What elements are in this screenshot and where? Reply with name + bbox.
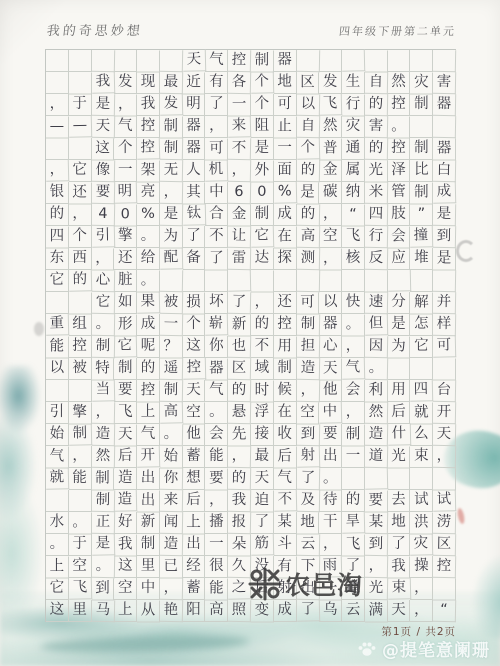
grid-cell: — [69, 115, 92, 138]
grid-cell: 灾 [410, 533, 433, 556]
grid-cell [410, 116, 433, 138]
grid-cell: ， [342, 336, 365, 358]
grid-cell: ， [205, 116, 228, 138]
grid-cell: 最 [251, 446, 274, 468]
grid-cell: 控 [69, 336, 92, 358]
grid-cell [410, 468, 433, 490]
grid-cell: 擎 [114, 226, 137, 248]
grid-cell: 核 [342, 248, 365, 270]
grid-cell: 心 [91, 270, 114, 292]
grid-cell: 上 [114, 600, 137, 622]
grid-cell: 用 [388, 380, 411, 402]
grid-cell: 达 [251, 248, 274, 270]
grid-cell: 其 [183, 183, 206, 205]
grid-cell: 控 [433, 556, 456, 578]
grid-cell: 。 [46, 534, 69, 556]
grid-cell: 接 [251, 424, 274, 446]
grid-cell: 开 [433, 402, 456, 424]
grid-cell: 造 [296, 358, 319, 380]
grid-cell: 要 [114, 380, 137, 402]
grid-cell: 试 [410, 490, 433, 512]
grid-cell: 可 [274, 94, 297, 116]
grid-cell: ， [69, 204, 92, 226]
grid-cell [228, 269, 251, 292]
grid-cell: 像 [91, 160, 114, 182]
watercolor-bottom-stroke [40, 633, 250, 654]
grid-cell: 会 [342, 380, 365, 402]
grid-cell: 以 [296, 94, 319, 116]
grid-cell: 他 [183, 424, 206, 446]
grid-cell: 。 [205, 402, 228, 424]
grid-cell [388, 468, 411, 490]
grid-game-logo-icon [248, 567, 282, 601]
grid-cell: 来 [160, 490, 183, 512]
grid-cell: 当 [91, 379, 114, 402]
grid-cell: 高 [160, 401, 183, 424]
grid-cell: 。 [91, 556, 114, 578]
grid-cell: 道 [365, 446, 388, 468]
grid-cell: 人 [183, 160, 206, 182]
grid-cell: 面 [274, 160, 297, 182]
grid-cell: 什 [387, 423, 410, 446]
grid-cell: 艳 [160, 600, 183, 622]
grid-cell: 脏 [114, 270, 137, 292]
grid-cell: 我 [114, 535, 137, 557]
grid-cell: 阳 [183, 600, 206, 622]
grid-cell: 好 [114, 512, 137, 534]
grid-cell: 成 [274, 600, 297, 622]
grid-cell: 区 [228, 358, 251, 380]
grid-cell: 飞 [114, 402, 137, 424]
grid-cell [69, 138, 92, 160]
grid-cell [365, 467, 388, 490]
grid-cell: 飞 [69, 577, 92, 600]
grid-cell: 旱 [342, 511, 365, 534]
grid-cell: 就 [410, 403, 433, 425]
grid-cell: 是 [433, 204, 456, 226]
grid-cell: 气 [205, 50, 228, 72]
grid-cell: 了 [205, 249, 228, 271]
grid-cell: 射 [296, 445, 319, 468]
grid-cell: 解 [410, 293, 433, 315]
grid-cell: 天 [183, 380, 206, 402]
grid-cell: 它 [46, 270, 69, 292]
grid-cell: 不 [251, 336, 274, 358]
grid-cell: 是 [433, 249, 456, 271]
grid-cell: 。 [365, 358, 388, 380]
grid-cell: 配 [160, 247, 183, 270]
grid-cell: 开 [137, 445, 160, 468]
grid-cell: 始 [46, 424, 69, 446]
grid-cell [319, 50, 342, 72]
grid-cell [388, 358, 411, 380]
grid-cell: 飞 [342, 535, 365, 557]
grid-cell: 报 [228, 512, 251, 534]
grid-cell: 制 [91, 490, 114, 512]
grid-cell: 。 [160, 424, 183, 446]
grid-cell: 器 [205, 359, 228, 381]
grid-cell: “ [342, 205, 365, 227]
grid-cell: 空 [297, 403, 320, 425]
grid-cell: 操 [410, 556, 433, 578]
grid-cell: 组 [69, 314, 92, 336]
grid-cell: 不 [205, 226, 228, 248]
grid-cell: 碳 [319, 182, 342, 204]
grid-cell [410, 270, 433, 292]
grid-cell: 一 [342, 446, 365, 468]
grid-cell: 上 [46, 557, 69, 579]
grid-cell: 天 [388, 600, 411, 622]
grid-cell: 你 [205, 336, 228, 358]
grid-cell: ， [251, 292, 274, 314]
grid-cell [114, 50, 137, 72]
grid-cell: ， [319, 204, 342, 226]
grid-cell: ？ [160, 337, 183, 359]
grid-cell: 光 [365, 578, 388, 600]
grid-cell: 0 [114, 205, 137, 227]
grid-cell [433, 116, 456, 138]
notebook-title: 我的奇思妙想 [46, 20, 144, 39]
watercolor-right-corner [456, 548, 500, 638]
grid-cell: 。 [137, 271, 160, 293]
grid-cell [183, 270, 206, 292]
grid-cell: 束 [387, 577, 410, 600]
grid-cell: 坏 [205, 292, 228, 314]
grid-cell: 会 [388, 227, 411, 249]
grid-cell: 制 [410, 138, 433, 160]
grid-cell: 出 [137, 491, 160, 513]
grid-cell: 探 [274, 248, 297, 270]
grid-cell: 生 [342, 72, 365, 94]
grid-cell: 的 [251, 314, 274, 336]
grid-cell: 里 [137, 556, 160, 578]
grid-cell: 个 [251, 94, 274, 116]
grid-cell: ， [410, 578, 433, 600]
grid-cell: 制 [91, 336, 114, 358]
grid-cell: 纳 [342, 182, 365, 204]
grid-cell: 里 [69, 600, 92, 622]
grid-cell: 气 [205, 380, 228, 402]
grid-cell: 无 [160, 160, 183, 182]
grid-cell: ， [319, 249, 342, 271]
grid-cell: 制 [410, 94, 433, 116]
grid-cell: 它 [410, 336, 433, 358]
red-paint-mark [456, 508, 465, 525]
grid-cell: 干 [319, 512, 342, 534]
grid-cell: 很 [205, 556, 228, 578]
grid-cell: 水 [46, 512, 69, 534]
grid-cell [46, 292, 69, 314]
grid-cell [433, 270, 456, 292]
grid-cell: 涝 [433, 512, 456, 534]
grid-cell: 及 [296, 490, 319, 512]
grid-cell: 播 [205, 512, 228, 534]
grid-cell: ， [410, 600, 433, 622]
grid-cell: 它 [69, 160, 92, 182]
grid-cell: 也 [228, 336, 251, 358]
grid-cell: 天 [319, 359, 342, 381]
grid-cell: 近 [183, 73, 206, 95]
grid-cell: 气 [46, 447, 69, 469]
grid-cell: 担 [296, 336, 319, 358]
grid-cell: 。 [388, 117, 411, 139]
grid-cell [410, 358, 433, 380]
grid-cell: 崭 [205, 313, 228, 336]
grid-cell: 要 [205, 469, 228, 491]
grid-cell: 区 [433, 534, 456, 556]
grid-cell: 时 [251, 381, 274, 403]
grid-cell: 域 [251, 358, 274, 380]
grid-cell: 器 [183, 116, 206, 138]
grid-cell: 上 [137, 402, 160, 424]
grid-cell [46, 490, 69, 512]
grid-cell: 制 [160, 117, 183, 139]
grid-cell: 肢 [388, 204, 411, 226]
grid-cell: 害 [365, 116, 388, 138]
grid-cell: 飞 [319, 93, 342, 116]
grid-cell: 能 [205, 579, 228, 601]
grid-cell: 。 [319, 469, 342, 491]
grid-cell [69, 293, 92, 315]
grid-cell: 能 [46, 337, 69, 359]
grid-cell: 地 [297, 513, 320, 535]
grid-cell: 特 [92, 359, 115, 381]
grid-cell: 引 [46, 402, 69, 424]
grid-cell: 然 [91, 446, 114, 468]
grid-cell: % [274, 181, 297, 204]
grid-cell [69, 380, 92, 402]
grid-cell: 堆 [410, 248, 433, 270]
grid-cell: 出 [183, 534, 206, 556]
grid-cell: 天 [114, 425, 137, 447]
grid-cell: 器 [319, 314, 342, 336]
grid-cell: ， [228, 446, 251, 468]
grid-cell: 是 [160, 204, 183, 226]
grid-cell: 满 [365, 601, 388, 623]
grid-cell: 待 [319, 490, 342, 512]
composition-paper-page: 我的奇思妙想 四年级下册第二单元 天气控制器我发现最近有各个地区发生自然灾害，于… [0, 0, 500, 666]
grid-cell: 地 [388, 512, 411, 534]
grid-cell: 的 [296, 204, 319, 226]
grid-cell: 泽 [388, 160, 411, 182]
grid-cell: ， [69, 446, 92, 468]
grid-cell: 0 [251, 182, 274, 204]
grid-cell: 飞 [342, 226, 365, 248]
grid-cell: 这 [183, 336, 206, 358]
grid-cell: 控 [228, 50, 251, 72]
grid-cell: 悬 [228, 402, 251, 424]
grid-cell: 了 [296, 468, 319, 490]
grid-cell: 擎 [69, 403, 92, 425]
grid-cell: 普 [319, 139, 342, 161]
grid-cell: 个 [69, 226, 92, 248]
grid-cell: 我 [137, 94, 160, 116]
grid-cell: 控 [137, 381, 160, 403]
grid-cell: 制 [342, 425, 365, 447]
grid-cell: ， [365, 556, 388, 578]
grid-cell: 于 [69, 94, 92, 116]
grid-cell: 钛 [182, 203, 205, 226]
grid-cell: 从 [137, 601, 160, 623]
grid-cell [160, 270, 183, 292]
grid-cell: ” [410, 204, 433, 226]
grid-cell: 测 [296, 248, 319, 270]
grid-cell: 造 [114, 489, 137, 512]
grid-cell: 应 [388, 248, 411, 270]
grid-cell: ， [228, 160, 251, 182]
grid-cell: 米 [365, 182, 388, 204]
grid-cell: 快 [342, 292, 365, 314]
grid-cell: 成 [433, 181, 456, 204]
grid-cell: 它 [91, 292, 114, 314]
grid-cell: 控 [137, 116, 160, 138]
grid-cell [91, 50, 114, 72]
grid-cell: 银 [46, 182, 69, 204]
grid-cell: 器 [274, 50, 297, 72]
grid-cell: 斗 [274, 534, 297, 556]
grid-cell [46, 380, 69, 402]
grid-cell [433, 469, 456, 491]
grid-cell: 地 [274, 72, 297, 94]
grid-cell: 一 [274, 138, 297, 160]
grid-cell: 用 [274, 337, 297, 359]
grid-cell [69, 50, 92, 72]
grid-cell: 。 [137, 226, 160, 248]
grid-cell: 反 [365, 248, 388, 270]
grid-cell: 于 [69, 534, 92, 556]
grid-cell: 的 [228, 468, 251, 490]
grid-cell: 制 [137, 534, 160, 556]
grid-cell: 这 [114, 556, 137, 578]
grid-cell: 4 [91, 204, 114, 226]
grid-cell: ， [91, 402, 114, 424]
grid-cell: 让 [228, 226, 251, 248]
grid-cell: 管 [388, 182, 411, 204]
grid-cell: 我 [388, 557, 411, 579]
grid-cell: 白 [433, 160, 456, 182]
brand-watermark-text: 农邑淘 [285, 566, 363, 602]
grid-cell: 洪 [410, 513, 433, 535]
grid-cell: 某 [274, 512, 297, 534]
grid-cell: 控 [388, 94, 411, 116]
grid-cell: 还 [69, 183, 92, 205]
grid-cell: 始 [160, 447, 183, 469]
grid-cell: 某 [365, 512, 388, 534]
grid-cell: 成 [137, 314, 160, 336]
grid-cell: 怎 [410, 314, 433, 336]
grid-cell: 合 [205, 204, 228, 226]
grid-cell: 外 [251, 161, 274, 183]
grid-cell: 并 [433, 292, 456, 314]
grid-cell: 行 [342, 95, 365, 117]
grid-cell: 制 [296, 314, 319, 336]
grid-cell: 可 [205, 139, 228, 161]
grid-cell: ， [296, 380, 319, 402]
unit-label: 四年级下册第二单元 [338, 23, 457, 39]
grid-cell: 马 [91, 600, 114, 622]
grid-cell: 器 [433, 139, 456, 161]
grid-cell: 它 [46, 578, 69, 600]
grid-cell [251, 271, 274, 293]
grid-cell: 气 [342, 357, 365, 380]
grid-cell: 因 [365, 336, 388, 358]
grid-cell: 然 [365, 402, 388, 424]
grid-cell: 为 [388, 337, 411, 359]
grid-cell: 一 [160, 314, 183, 336]
grid-cell: 区 [297, 73, 320, 95]
grid-cell: 高 [296, 226, 319, 248]
grid-cell: 就 [46, 467, 69, 490]
grid-cell: 控 [137, 137, 160, 160]
grid-cell: 制 [410, 183, 433, 205]
grid-cell: 西 [69, 248, 92, 270]
grid-cell: 形 [114, 315, 137, 337]
grid-cell: 通 [342, 138, 365, 160]
grid-cell: 机 [205, 159, 228, 182]
grid-cell: 了 [251, 512, 274, 534]
grid-cell: 了 [183, 226, 206, 248]
grid-cell: 明 [114, 181, 137, 204]
grid-cell: 这 [92, 139, 115, 161]
grid-cell: “ [433, 600, 456, 622]
grid-cell: 后 [183, 490, 206, 512]
grid-cell: 器 [183, 138, 206, 160]
grid-cell [319, 270, 342, 292]
grid-cell: 一 [228, 95, 251, 117]
grid-cell [205, 270, 228, 292]
grid-cell [69, 73, 92, 95]
credit-watermark-text: @提笔意阑珊 [382, 636, 490, 661]
grid-cell: 不 [274, 489, 297, 512]
watercolor-left-splash [0, 366, 48, 616]
grid-cell [342, 49, 365, 72]
grid-cell: 照 [228, 600, 251, 622]
grid-cell: 天 [433, 424, 456, 446]
grid-cell: 到 [296, 424, 319, 446]
grid-cell: 损 [183, 293, 206, 315]
grid-cell: 的 [69, 269, 92, 292]
grid-cell: ， [114, 95, 137, 117]
grid-cell: 台 [433, 380, 456, 402]
grid-cell: 天 [251, 468, 274, 490]
grid-cell: 。 [342, 315, 365, 337]
grid-cell: 控 [274, 314, 297, 336]
grid-cell: 光 [388, 447, 411, 469]
grid-cell: 雷 [228, 248, 251, 270]
grid-cell: 在 [274, 402, 297, 424]
grid-cell: 闻 [160, 512, 183, 534]
grid-cell: ， [342, 402, 365, 424]
grid-cell: 个 [251, 71, 274, 94]
grid-cell: 出 [137, 468, 160, 490]
grid-cell: 能 [205, 446, 228, 468]
grid-cell [365, 51, 388, 73]
grid-cell: 制 [114, 358, 137, 380]
grid-cell: 灾 [410, 73, 433, 95]
grid-cell: 可 [297, 293, 320, 315]
grid-cell: 试 [433, 489, 456, 512]
grid-cell [46, 50, 69, 72]
grid-cell: 已 [160, 557, 183, 579]
grid-cell: 气 [137, 424, 160, 446]
grid-cell: 。 [91, 314, 114, 336]
grid-cell: 天 [91, 116, 114, 138]
grid-cell: 亮 [137, 182, 160, 204]
grid-cell: ， [160, 578, 183, 600]
grid-cell: 光 [365, 161, 388, 183]
grid-cell: 然 [388, 72, 411, 94]
grid-cell [342, 468, 365, 490]
